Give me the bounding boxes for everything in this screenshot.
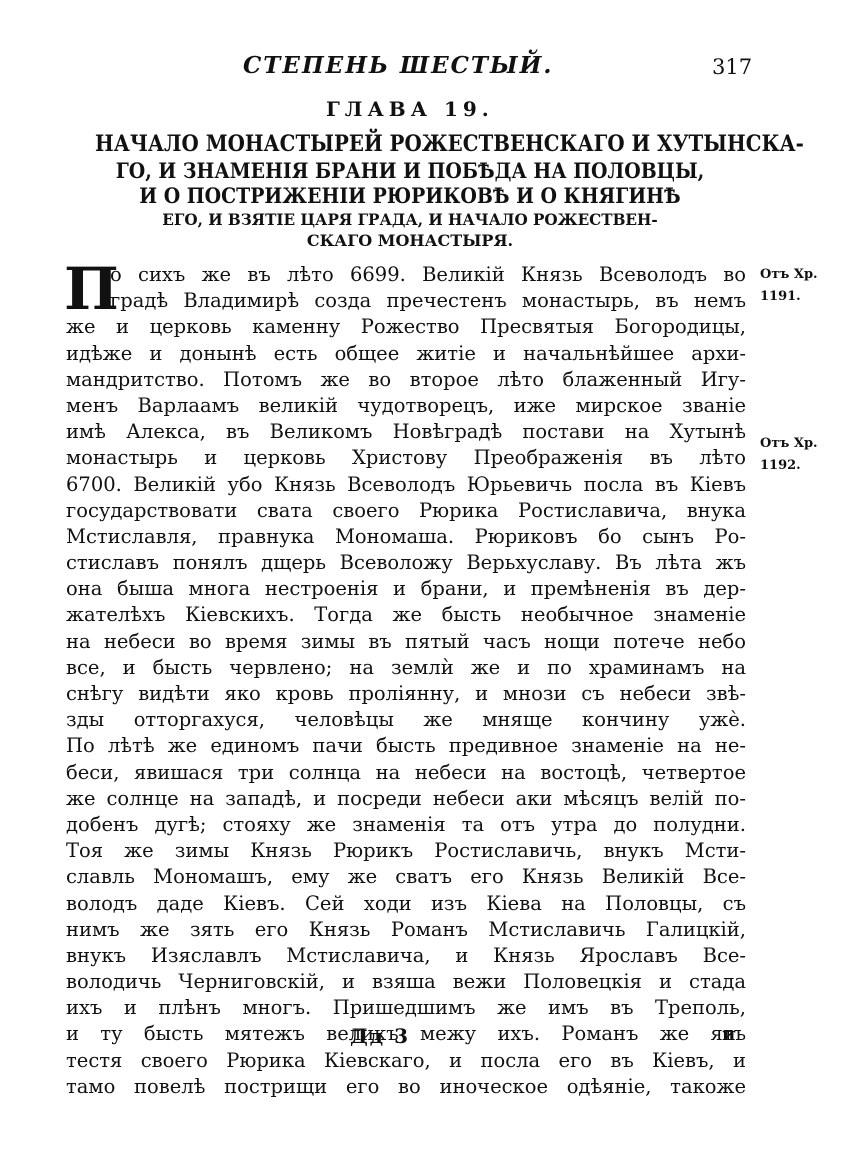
- margin-note-label: Отъ Хр.: [760, 264, 818, 286]
- text-line: нимъ же зять его Князь Романъ Мстиславич…: [66, 917, 746, 943]
- text-line: все, и бысть червлено; на землѝ же и по …: [66, 655, 746, 681]
- chapter-title-line: СКАГО МОНАСТЫРЯ.: [60, 231, 760, 250]
- text-line: добенъ дугѣ; стояху же знаменія та отъ у…: [66, 812, 746, 838]
- margin-note-year-value: 1192.: [760, 455, 818, 477]
- text-line: ихъ и плѣнъ многъ. Пришедшимъ же имъ въ …: [66, 995, 746, 1021]
- text-line: государствовати свата своего Рюрика Рост…: [66, 498, 746, 524]
- text-line: володичь Черниговскій, и взяша вежи Поло…: [66, 969, 746, 995]
- text-line: менъ Варлаамъ великій чудотворецъ, иже м…: [66, 393, 746, 419]
- text-line: снѣгу видѣти яко кровь проліянну, и мноз…: [66, 681, 746, 707]
- text-line: идѣже и донынѣ есть общее житіе и началь…: [66, 341, 746, 367]
- text-line: По лѣтѣ же единомъ пачи бысть предивное …: [66, 733, 746, 759]
- margin-note-year: Отъ Хр. 1192.: [760, 433, 818, 477]
- chapter-title-line: И О ПОСТРИЖЕНІИ РЮРИКОВѢ И О КНЯГИНѢ: [95, 183, 725, 208]
- text-line: Тоя же зимы Князь Рюрикъ Ростиславичь, в…: [66, 838, 746, 864]
- chapter-title-line: ГО, И ЗНАМЕНІЯ БРАНИ И ПОБѢДА НА ПОЛОВЦЫ…: [95, 158, 725, 183]
- page-number: 317: [712, 55, 752, 79]
- text-line: она быша многа нестроенія и брани, и пре…: [66, 576, 746, 602]
- text-line: зды отторгахуся, человѣцы же мняще кончи…: [66, 707, 746, 733]
- text-line: володъ даде Кіевъ. Сей ходи изъ Кіева на…: [66, 891, 746, 917]
- chapter-title-line: ЕГО, И ВЗЯТІЕ ЦАРЯ ГРАДА, И НАЧАЛО РОЖЕС…: [78, 210, 743, 229]
- text-line: внукъ Изяславлъ Мстиславича, и Князь Яро…: [66, 943, 746, 969]
- text-line: тамо повелѣ пострищи его во иноческое од…: [66, 1074, 746, 1100]
- text-line: жателѣхъ Кіевскихъ. Тогда же бысть необы…: [66, 602, 746, 628]
- signature-mark: Дд 3: [350, 1024, 410, 1048]
- text-line: тестя своего Рюрика Кіевскаго, и посла е…: [66, 1048, 746, 1074]
- body-text: П о сихъ же въ лѣто 6699. Великій Князь …: [66, 262, 746, 1100]
- text-line: славль Мономашъ, ему же сватъ его Князь …: [66, 864, 746, 890]
- text-line: монастырь и церковь Христову Преображені…: [66, 445, 746, 471]
- text-line: Мстиславля, правнука Мономаша. Рюриковъ …: [66, 524, 746, 550]
- text-line: мандритство. Потомъ же во второе лѣто бл…: [66, 367, 746, 393]
- drop-cap: П: [64, 264, 119, 314]
- chapter-title-line: НАЧАЛО МОНАСТЫРЕЙ РОЖЕСТВЕНСКАГО И ХУТЫН…: [95, 131, 725, 157]
- margin-note-year-value: 1191.: [760, 286, 818, 308]
- text-line: на небеси во время зимы въ пятый часъ но…: [66, 629, 746, 655]
- catchword: и: [722, 1024, 735, 1045]
- text-line: же и церковь каменну Рожество Пресвятыя …: [66, 314, 746, 340]
- text-line: о сихъ же въ лѣто 6699. Великій Князь Вс…: [66, 262, 746, 288]
- margin-note-label: Отъ Хр.: [760, 433, 818, 455]
- running-head: СТЕПЕНЬ ШЕСТЫЙ.: [243, 52, 553, 79]
- text-line: беси, явишася три солнца на небеси на во…: [66, 760, 746, 786]
- text-line: стиславъ понялъ дщерь Всеволожу Верьхусл…: [66, 550, 746, 576]
- text-line: градѣ Владимирѣ созда пречестенъ монасты…: [66, 288, 746, 314]
- chapter-label: ГЛАВА 19.: [326, 97, 494, 121]
- text-line: 6700. Великій убо Князь Всеволодъ Юрьеви…: [66, 472, 746, 498]
- margin-note-year: Отъ Хр. 1191.: [760, 264, 818, 308]
- text-line: же солнце на западѣ, и посреди небеси ак…: [66, 786, 746, 812]
- text-line: имѣ Алекса, въ Великомъ Новѣградѣ постав…: [66, 419, 746, 445]
